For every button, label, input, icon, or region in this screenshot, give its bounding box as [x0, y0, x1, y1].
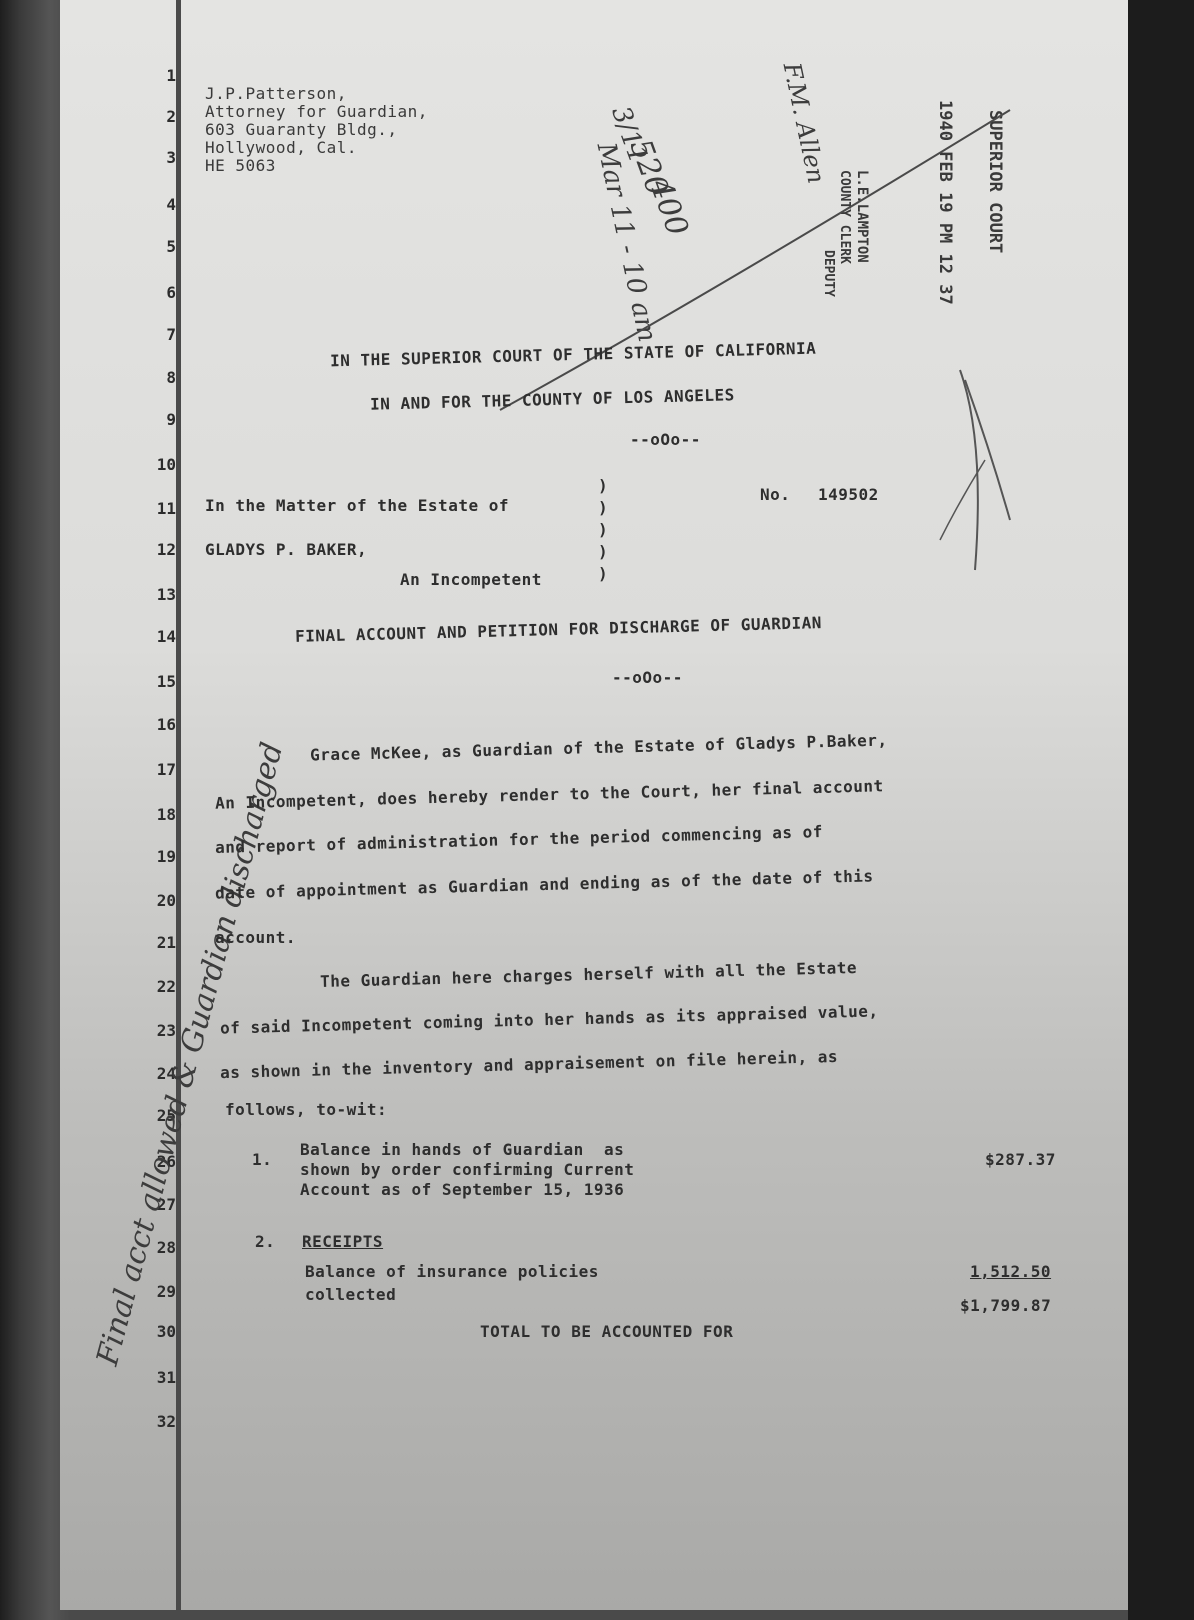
caption-bracket: ) ) ) ) ) — [598, 475, 608, 585]
pen-strokes — [0, 0, 1194, 1620]
item-line: Balance of insurance policies — [305, 1262, 599, 1281]
total-label: TOTAL TO BE ACCOUNTED FOR — [480, 1322, 733, 1341]
body-line: account. — [215, 928, 296, 947]
total-amount: $1,799.87 — [960, 1296, 1051, 1315]
item-line: Account as of September 15, 1936 — [300, 1180, 624, 1199]
court-heading-separator: --oOo-- — [630, 430, 701, 449]
body-line: follows, to-wit: — [225, 1100, 387, 1119]
case-number: 149502 — [818, 485, 879, 504]
item-heading: RECEIPTS — [302, 1232, 383, 1251]
caption-name: GLADYS P. BAKER, — [205, 540, 367, 559]
item-number: 1. — [252, 1150, 272, 1169]
item-number: 2. — [255, 1232, 275, 1251]
item-amount: $287.37 — [985, 1150, 1056, 1169]
item-amount: 1,512.50 — [970, 1262, 1051, 1281]
item-line: Balance in hands of Guardian as — [300, 1140, 624, 1159]
item-line: collected — [305, 1285, 396, 1304]
title-separator: --oOo-- — [612, 668, 683, 687]
item-line: shown by order confirming Current — [300, 1160, 634, 1179]
caption-status: An Incompetent — [400, 570, 542, 589]
caption-matter: In the Matter of the Estate of — [205, 496, 509, 515]
case-number-label: No. — [760, 485, 790, 504]
